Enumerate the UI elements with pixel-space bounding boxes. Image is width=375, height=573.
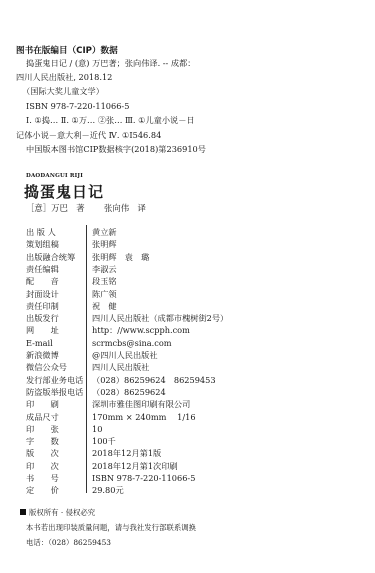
detail-label: 新浪微博 [26, 350, 59, 361]
cip-heading: 图书在版编目（CIP）数据 [16, 44, 118, 56]
cip-line: Ⅰ. ①捣… Ⅱ. ①万… ②张… Ⅲ. ①儿童小说－日 [26, 115, 195, 126]
bullet-square-icon [20, 509, 26, 515]
detail-label: 字 数 [26, 436, 59, 447]
detail-value: 陈广领 [92, 289, 117, 300]
detail-value: 2018年12月第1版 [92, 448, 161, 459]
detail-value: http：//www.scpph.com [92, 325, 190, 336]
copyright-notice: 版权所有 · 侵权必究 [29, 507, 95, 518]
translator-credit: 张向伟 译 [104, 202, 146, 214]
detail-label: 印 刷 [26, 399, 59, 410]
detail-label: 版 次 [26, 448, 59, 459]
cip-line: ISBN 978-7-220-11066-5 [26, 101, 129, 111]
detail-value: （028）86259624 86259453 [92, 375, 216, 386]
cip-line: 捣蛋鬼日记 / (意) 万巴著；张向伟译. -- 成都： [26, 58, 195, 69]
detail-value: 170mm × 240mm 1/16 [92, 412, 196, 423]
detail-label: 书 号 [26, 473, 59, 484]
detail-label: 印 张 [26, 424, 59, 435]
detail-value: 黄立新 [92, 227, 117, 238]
detail-value: 张明辉 [92, 239, 117, 250]
contact-phone: 电话：（028）86259453 [26, 537, 111, 548]
detail-label: 封面设计 [26, 289, 59, 300]
detail-label: 微信公众号 [26, 362, 67, 373]
cip-line: （国际大奖儿童文学） [22, 86, 104, 97]
detail-value: 100千 [92, 436, 116, 447]
detail-label: 责任印制 [26, 301, 59, 312]
detail-value: 张明辉 袁 璐 [92, 252, 149, 263]
detail-value: 李淑云 [92, 264, 117, 275]
quality-notice: 本书若出现印装质量问题，请与我社发行部联系调换 [26, 522, 196, 533]
detail-value: 2018年12月第1次印刷 [92, 461, 178, 472]
detail-value: 四川人民出版社（成都市槐树街2号） [92, 313, 228, 324]
detail-label: 发行部业务电话 [26, 375, 83, 386]
detail-value: 29.80元 [92, 485, 124, 496]
detail-label: 出版发行 [26, 313, 59, 324]
book-title: 捣蛋鬼日记 [24, 181, 104, 202]
detail-label: E-mail [26, 338, 53, 348]
detail-label: 出版融合统筹 [26, 252, 75, 263]
detail-value: scrmcbs@sina.com [92, 338, 172, 348]
book-pinyin: DAODANGUI RIJI [26, 173, 83, 179]
detail-label: 网 址 [26, 325, 59, 336]
column-divider [86, 225, 87, 493]
detail-label: 成品尺寸 [26, 412, 59, 423]
detail-label: 印 次 [26, 461, 59, 472]
detail-value: 段玉铭 [92, 276, 117, 287]
detail-value: ISBN 978-7-220-11066-5 [92, 473, 195, 483]
detail-value: 深圳市雅佳图印刷有限公司 [92, 399, 190, 410]
detail-value: （028）86259624 [92, 387, 166, 398]
detail-value: @四川人民出版社 [92, 350, 158, 361]
cip-line: 中国版本图书馆CIP数据核字(2018)第236910号 [26, 144, 206, 155]
detail-value: 祝 健 [92, 301, 117, 312]
detail-label: 出 版 人 [26, 227, 56, 238]
detail-label: 配 音 [26, 276, 59, 287]
cip-line: 记体小说－意大利－近代 Ⅳ. ①I546.84 [16, 130, 161, 141]
detail-label: 防盗版举报电话 [26, 387, 83, 398]
detail-label: 定 价 [26, 485, 59, 496]
detail-value: 四川人民出版社 [92, 362, 149, 373]
cip-line: 四川人民出版社, 2018.12 [16, 72, 112, 83]
detail-label: 责任编辑 [26, 264, 59, 275]
detail-label: 策划组稿 [26, 239, 59, 250]
author-credit: ［意］万巴 著 [26, 202, 85, 214]
detail-value: 10 [92, 424, 102, 434]
